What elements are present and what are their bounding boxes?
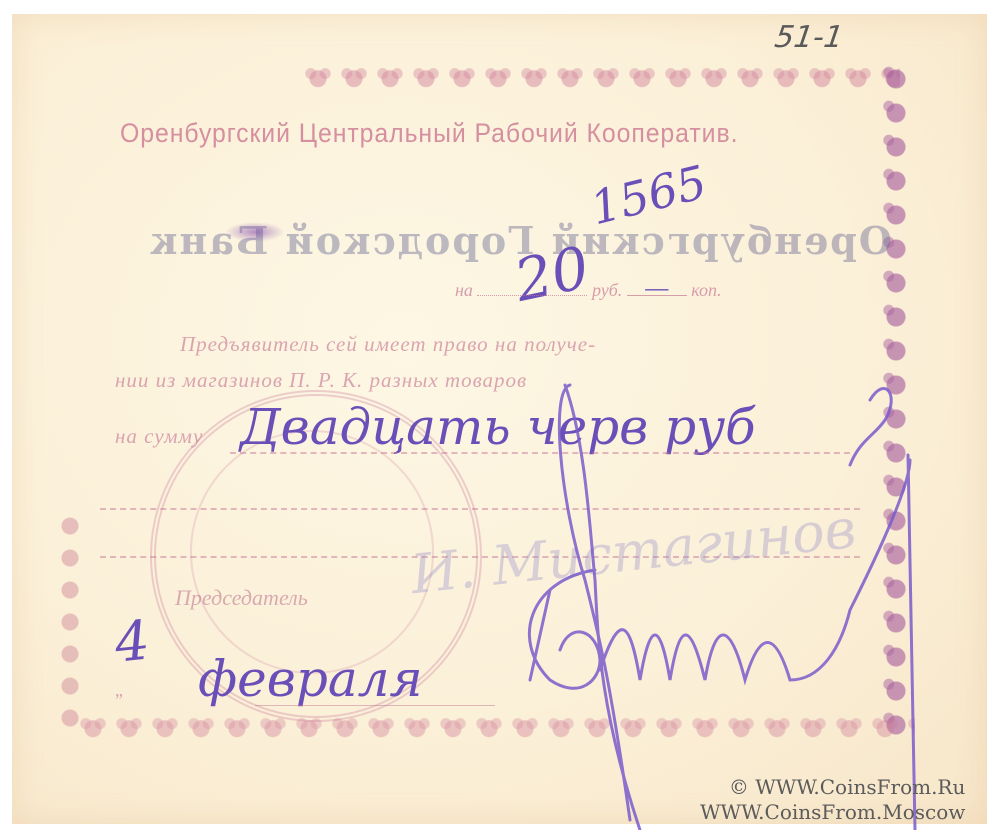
ink-smudge (225, 222, 285, 242)
chairman-signature (490, 380, 930, 830)
rub-label: руб. (592, 280, 622, 300)
kop-label: коп. (691, 280, 721, 300)
archive-mark: 51-1 (773, 20, 846, 55)
chairman-label: Председатель (175, 585, 308, 611)
watermark-line-1: © WWW.CoinsFrom.Ru (700, 775, 965, 800)
date-month: февраля (198, 650, 423, 708)
cooperative-seal-inner (190, 430, 434, 674)
date-underline (255, 705, 495, 706)
body-line-1: Предъявитель сей имеет право на получе- (180, 332, 850, 357)
ornament-border-top (300, 60, 900, 94)
kop-value: — (627, 281, 687, 296)
cooperative-heading: Оренбургский Центральный Рабочий Коопера… (120, 118, 792, 149)
date-day: 4 (112, 608, 153, 674)
watermark: © WWW.CoinsFrom.Ru WWW.CoinsFrom.Moscow (700, 775, 965, 825)
ornament-border-left (55, 510, 85, 740)
watermark-line-2: WWW.CoinsFrom.Moscow (700, 800, 965, 825)
date-quote-mark: ” (115, 690, 123, 711)
amount-prefix: на (455, 280, 473, 300)
amount-line: на руб. — коп. (455, 280, 721, 301)
amount-field (477, 295, 587, 296)
